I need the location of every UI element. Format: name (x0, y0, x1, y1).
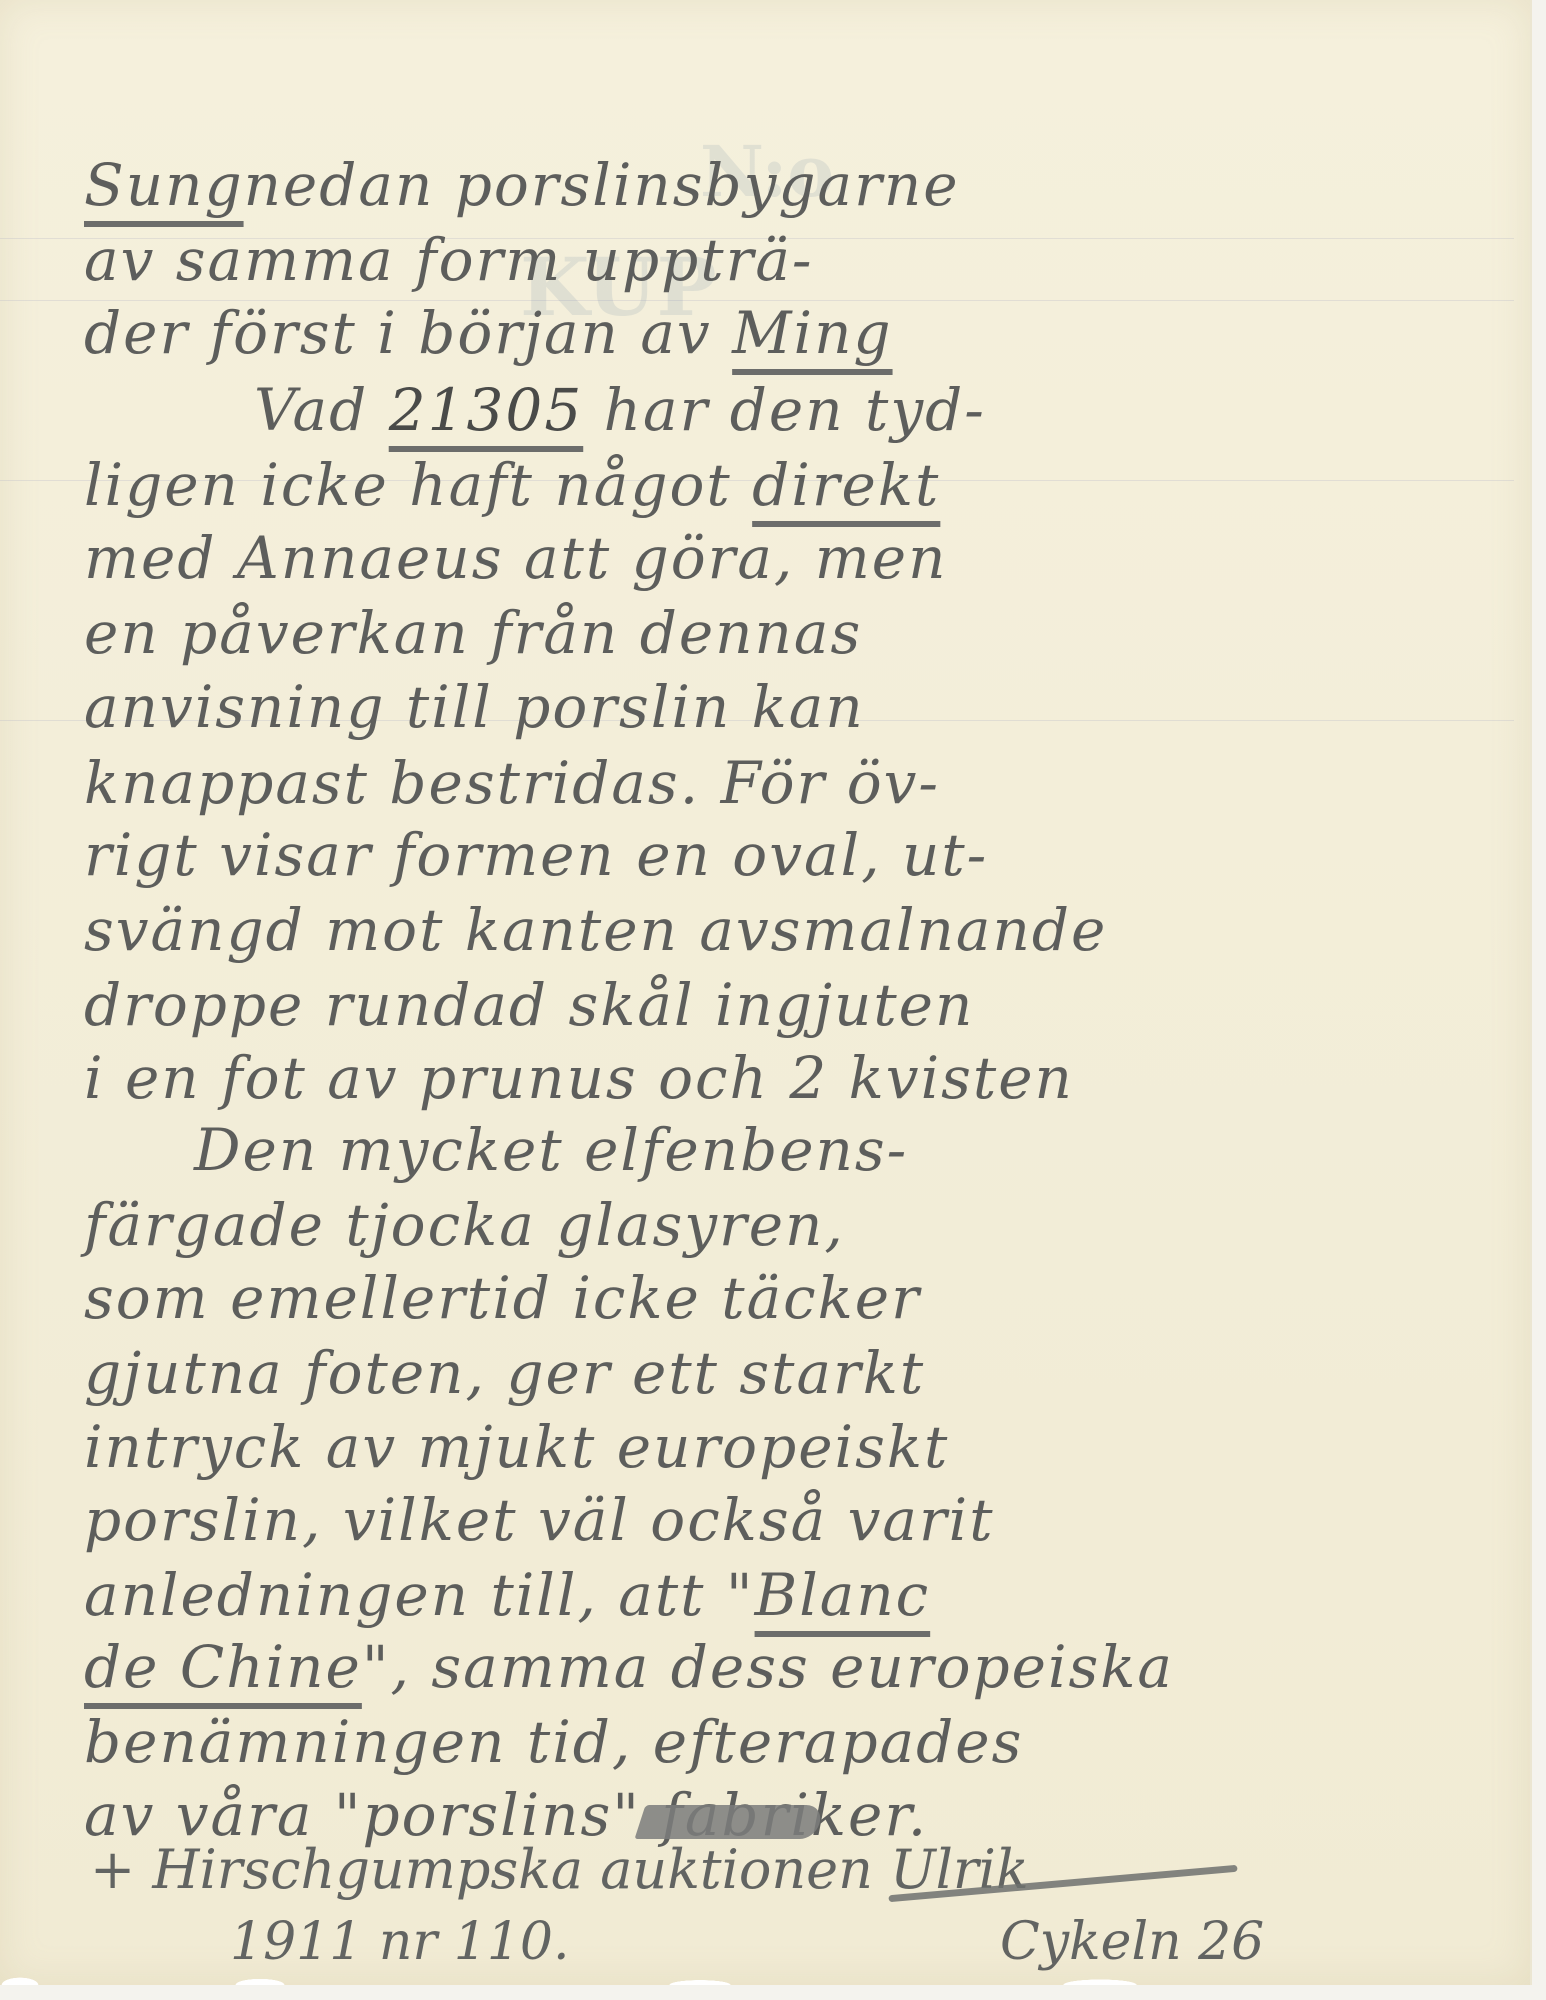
text-line-20: anledningen till, att "Blanc (84, 1560, 930, 1630)
manuscript-page: N:o KUP Sung ​nedan porslinsbygarne av s… (0, 0, 1532, 1985)
text-line-18: intryck av mjukt europeiskt (84, 1412, 949, 1482)
underlined-word: de Chine (84, 1633, 362, 1701)
underlined-word: direkt (752, 451, 940, 519)
underlined-word: Sung (84, 151, 244, 219)
text-line-8: anvisning till porslin kan (84, 672, 865, 742)
text-line-5: ligen icke haft något direkt (84, 450, 940, 520)
catalogue-number: 21305 (389, 376, 584, 444)
footnote-line-1: + Hirschgumpska auktionen Ulrik (90, 1838, 1029, 1901)
text-line-11: svängd mot kanten avsmalnande (84, 895, 1107, 965)
text-line-4: Vad 21305 har den tyd- (254, 375, 986, 445)
text-line-10: rigt visar formen en oval, ut- (84, 820, 988, 890)
text-line-1: Sung ​nedan porslinsbygarne (84, 150, 960, 220)
text-line-15: färgade tjocka glasyren, (84, 1190, 845, 1260)
text-line-9: knappast bestridas. För öv- (84, 748, 940, 818)
text-line-17: gjutna foten, ger ett starkt (84, 1338, 925, 1408)
text-line-6: med Annaeus att göra, men (84, 523, 947, 593)
text-line-22: benämningen tid, efterapades (84, 1707, 1023, 1777)
text-line-12: droppe rundad skål ingjuten (84, 970, 974, 1040)
text-line-14: Den mycket elfenbens- (194, 1115, 908, 1185)
text-line-16: som emellertid icke täcker (84, 1263, 921, 1333)
underlined-word: Ming (732, 299, 892, 367)
text-line-7: en påverkan från dennas (84, 598, 862, 668)
text-line-2: av samma form uppträ- (84, 225, 814, 295)
text-line-19: porslin, vilket väl också varit (84, 1485, 995, 1555)
underlined-word: Blanc (755, 1561, 931, 1629)
torn-paper-edge (0, 1959, 1546, 1985)
text-line-13: i en fot av prunus och 2 kvisten (84, 1043, 1074, 1113)
text-line-21: de Chine", samma dess europeiska (84, 1632, 1174, 1702)
text-line-3: der först i början av Ming (84, 298, 893, 368)
end-flourish-mark (634, 1805, 825, 1839)
